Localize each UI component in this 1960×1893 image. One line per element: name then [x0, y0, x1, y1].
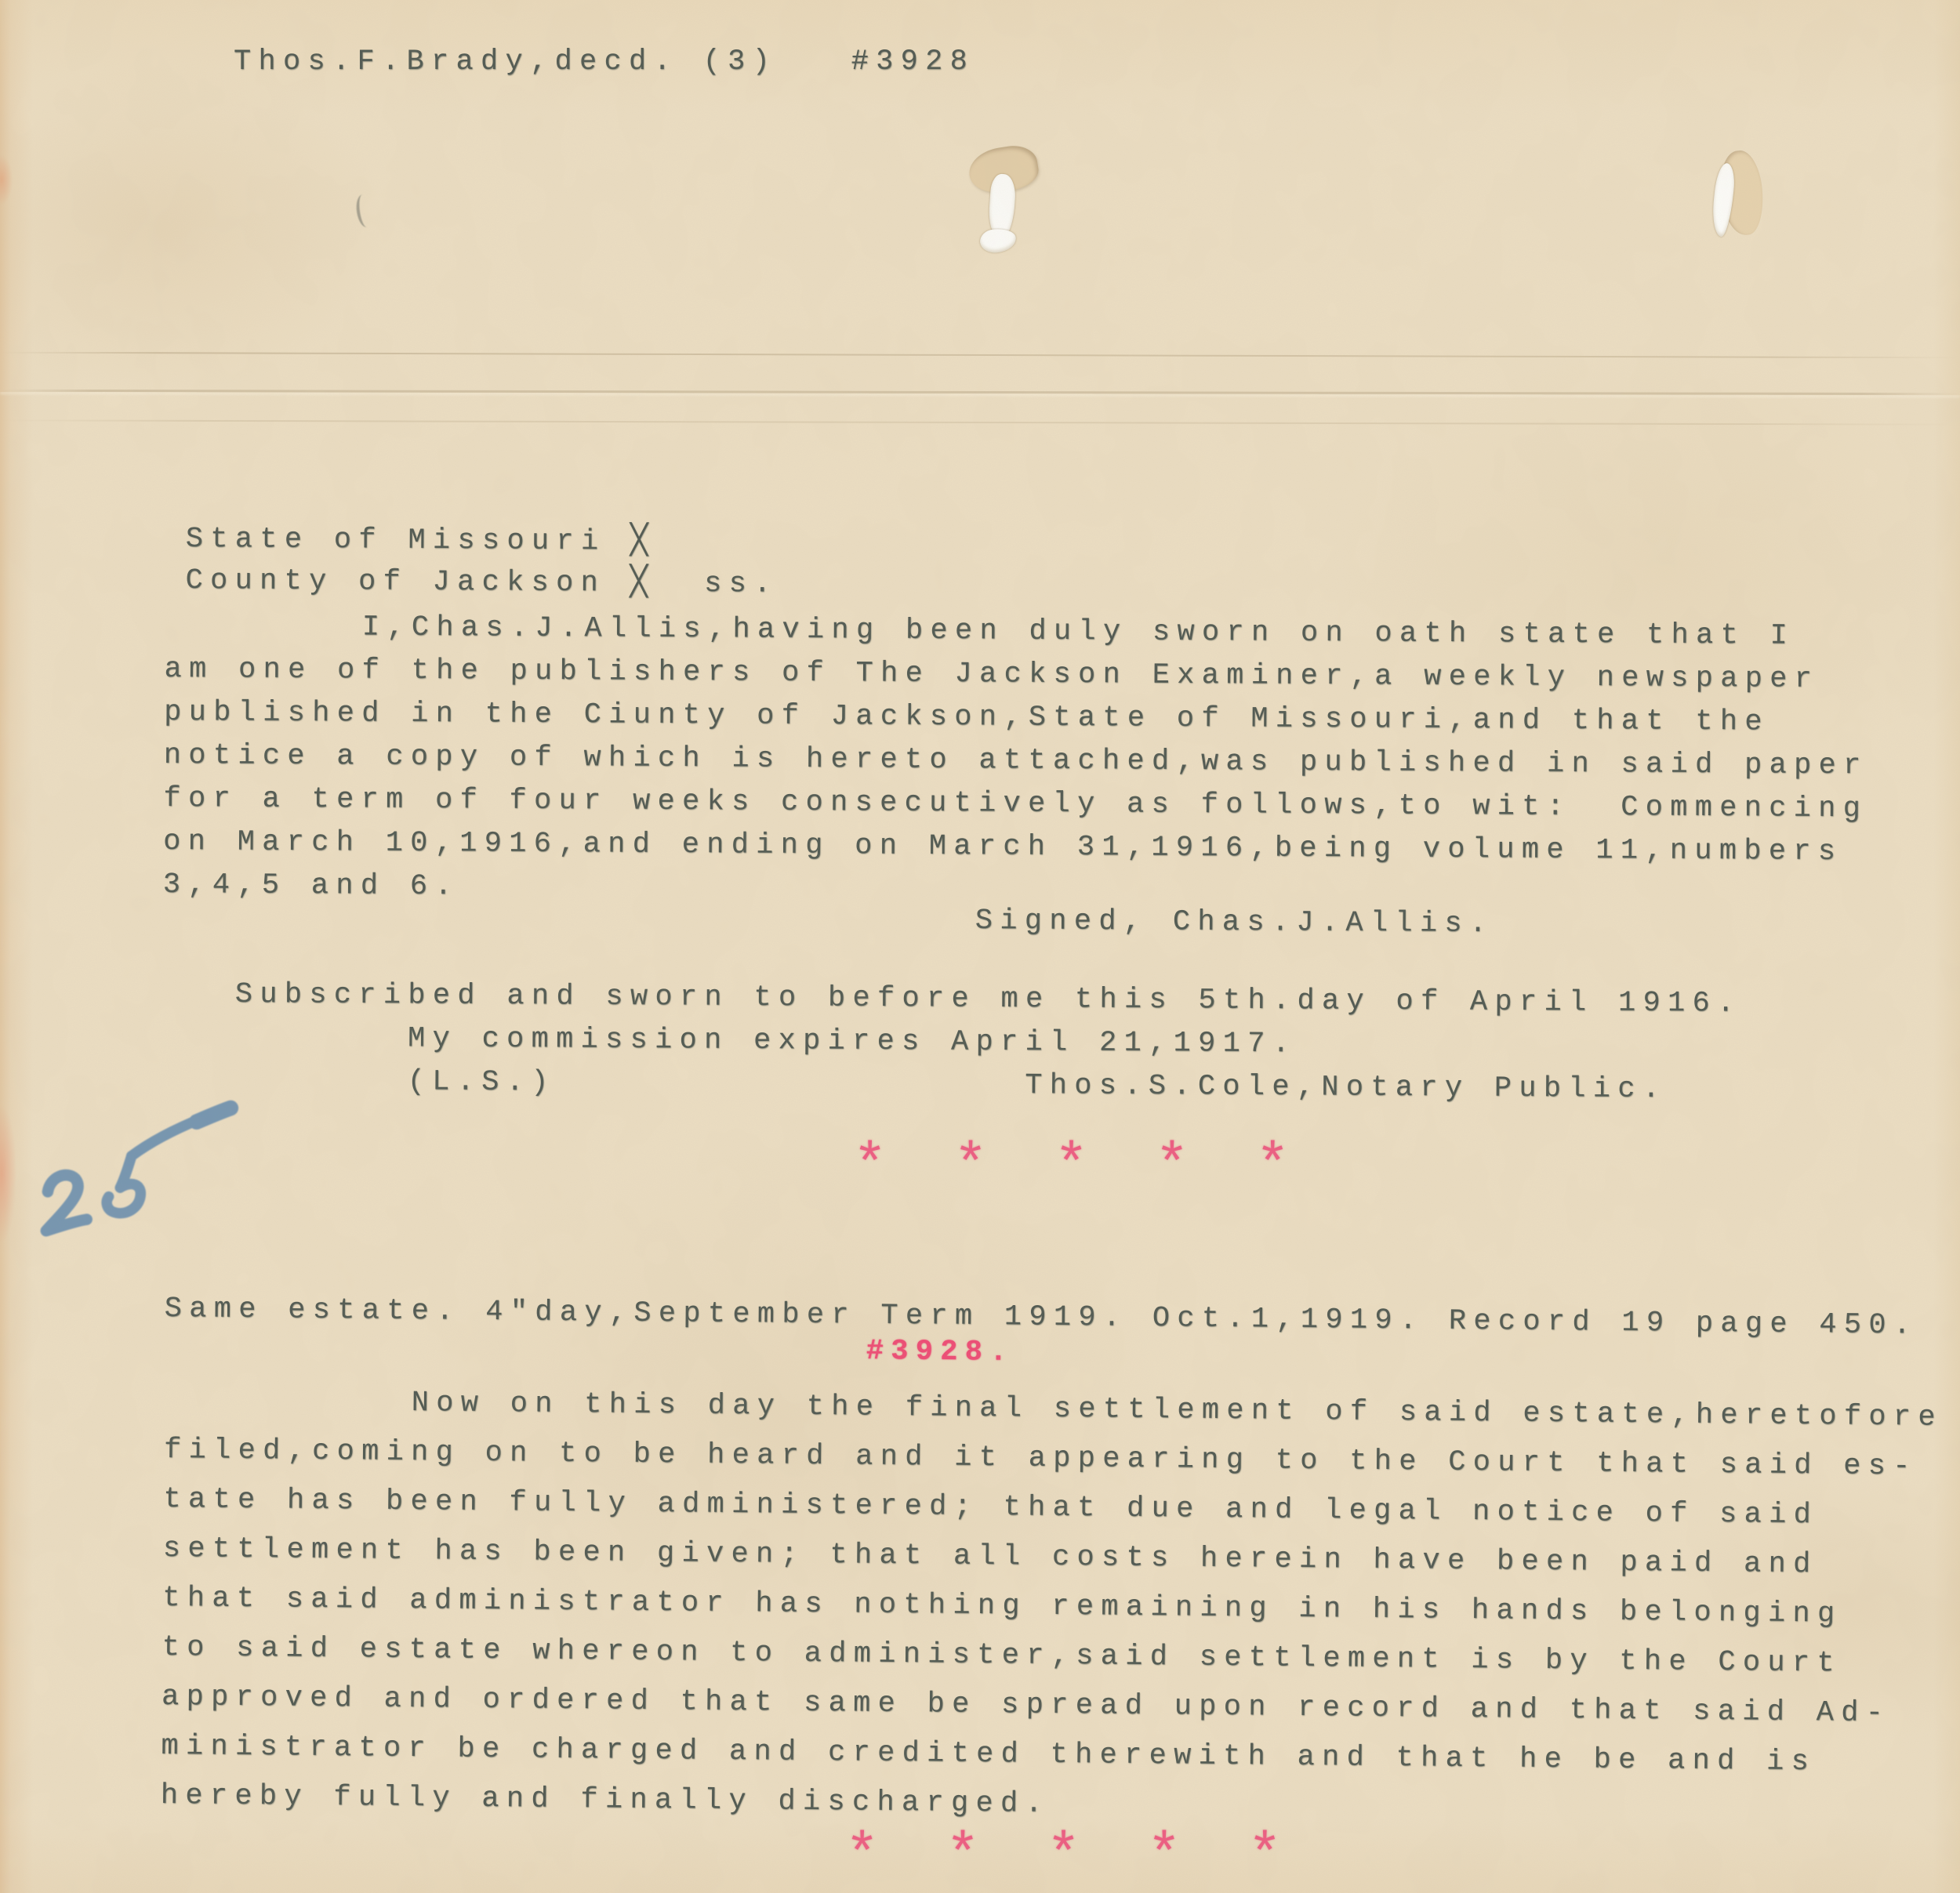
signature-line: Signed, Chas.J.Allis.: [975, 900, 1494, 946]
order-caption: Same estate. 4"day,September Term 1919. …: [164, 1288, 1918, 1347]
typed-line: County of Jackson ╳ ss.: [185, 560, 778, 606]
crease-line: [0, 352, 1960, 359]
scanned-document-page: Thos.F.Brady,decd. (3) #3928 State of Mi…: [0, 0, 1960, 1893]
jurat-caption: State of Missouri ╳County of Jackson ╳ s…: [185, 519, 779, 606]
handwritten-number-25: [35, 1096, 239, 1249]
typed-line: (L.S.) Thos.S.Cole,Notary Public.: [234, 1060, 1741, 1112]
ink-smudge-mark: [354, 194, 375, 228]
typed-line: State of Missouri ╳: [186, 519, 779, 564]
order-paragraph: Now on this day the final settlement of …: [161, 1376, 1944, 1838]
crease-line: [0, 390, 1960, 395]
notary-block: Subscribed and sworn to before me this 5…: [234, 974, 1742, 1112]
case-number-stamp: #3928.: [866, 1330, 1014, 1375]
asterisk-separator-top: * * * * *: [853, 1138, 1306, 1195]
document-header: Thos.F.Brady,decd. (3) #3928: [234, 41, 975, 84]
paper-hole: [979, 227, 1018, 255]
crease-line: [0, 419, 1960, 425]
affidavit-paragraph: I,Chas.J.Allis,having been duly sworn on…: [163, 605, 1869, 917]
asterisk-separator-bottom: * * * * *: [845, 1828, 1298, 1884]
